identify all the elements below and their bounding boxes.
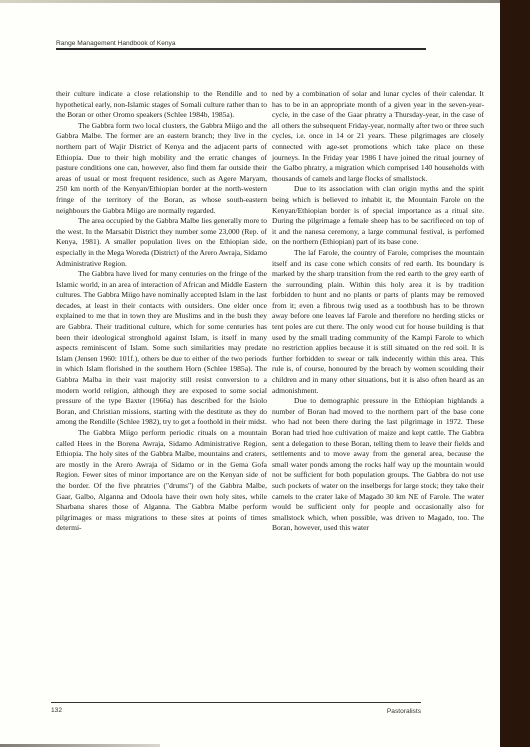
right-column: ned by a combination of solar and lunar … bbox=[272, 89, 484, 534]
paragraph: The Gabbra have lived for many centuries… bbox=[56, 269, 267, 428]
paragraph: Due to demographic pressure in the Ethio… bbox=[272, 396, 484, 534]
footer-section-title: Pastoralists bbox=[387, 708, 421, 715]
scan-binding-edge bbox=[500, 0, 530, 747]
paragraph: The area occupied by the Gabbra Malbe li… bbox=[56, 216, 267, 269]
paragraph: Due to its association with clan origin … bbox=[272, 184, 484, 248]
running-head: Range Management Handbook of Kenya bbox=[56, 40, 176, 47]
left-column: their culture indicate a close relations… bbox=[56, 89, 267, 534]
paragraph: The Gabbra form two local clusters, the … bbox=[56, 121, 267, 216]
paragraph: The Gabbra Miigo perform periodic ritual… bbox=[56, 428, 267, 534]
footer-rule bbox=[51, 702, 421, 703]
paragraph: The laf Farole, the country of Farole, c… bbox=[272, 248, 484, 396]
page-number: 132 bbox=[51, 707, 62, 714]
paragraph: ned by a combination of solar and lunar … bbox=[272, 89, 484, 184]
book-page: Range Management Handbook of Kenya their… bbox=[0, 0, 500, 747]
paragraph: their culture indicate a close relations… bbox=[56, 89, 267, 121]
scan-shadow-top bbox=[0, 0, 500, 3]
header-rule bbox=[56, 48, 426, 50]
